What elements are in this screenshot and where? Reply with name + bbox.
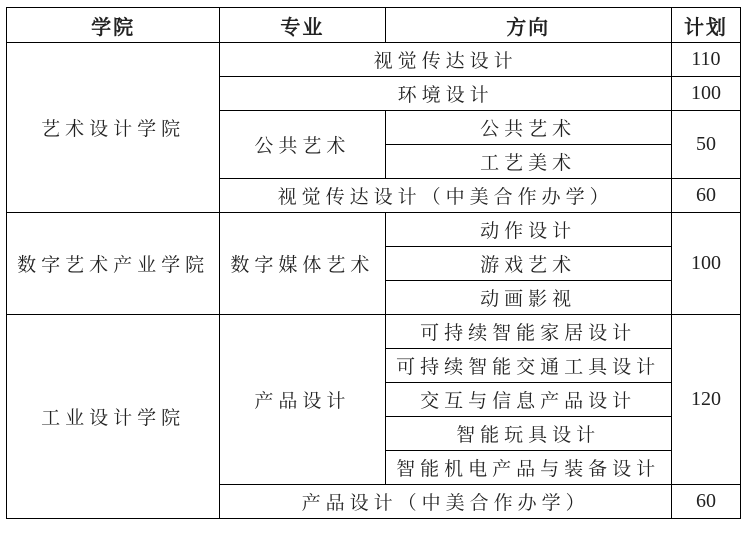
plan-cell: 120	[671, 315, 740, 485]
direction-cell: 动画影视	[385, 281, 671, 315]
header-college: 学院	[7, 8, 220, 43]
college-cell: 工业设计学院	[7, 315, 220, 519]
header-major: 专业	[220, 8, 385, 43]
enrollment-plan-table: 学院 专业 方向 计划 艺术设计学院 视觉传达设计 110 环境设计 100 公…	[6, 7, 741, 519]
direction-cell: 工艺美术	[385, 145, 671, 179]
table-row: 工业设计学院 产品设计 可持续智能家居设计 120	[7, 315, 741, 349]
major-cell: 产品设计	[220, 315, 385, 485]
direction-cell: 可持续智能家居设计	[385, 315, 671, 349]
plan-cell: 50	[671, 111, 740, 179]
direction-cell: 智能玩具设计	[385, 417, 671, 451]
plan-cell: 110	[671, 43, 740, 77]
plan-cell: 100	[671, 77, 740, 111]
header-row: 学院 专业 方向 计划	[7, 8, 741, 43]
direction-cell: 交互与信息产品设计	[385, 383, 671, 417]
plan-cell: 60	[671, 179, 740, 213]
header-plan: 计划	[671, 8, 740, 43]
major-cell: 产品设计（中美合作办学）	[220, 485, 672, 519]
direction-cell: 可持续智能交通工具设计	[385, 349, 671, 383]
college-cell: 数字艺术产业学院	[7, 213, 220, 315]
major-cell: 视觉传达设计（中美合作办学）	[220, 179, 672, 213]
direction-cell: 动作设计	[385, 213, 671, 247]
college-cell: 艺术设计学院	[7, 43, 220, 213]
direction-cell: 智能机电产品与装备设计	[385, 451, 671, 485]
header-direction: 方向	[385, 8, 671, 43]
table-row: 数字艺术产业学院 数字媒体艺术 动作设计 100	[7, 213, 741, 247]
table-row: 艺术设计学院 视觉传达设计 110	[7, 43, 741, 77]
major-cell: 环境设计	[220, 77, 672, 111]
major-cell: 数字媒体艺术	[220, 213, 385, 315]
direction-cell: 游戏艺术	[385, 247, 671, 281]
direction-cell: 公共艺术	[385, 111, 671, 145]
major-cell: 视觉传达设计	[220, 43, 672, 77]
plan-cell: 60	[671, 485, 740, 519]
plan-cell: 100	[671, 213, 740, 315]
major-cell: 公共艺术	[220, 111, 385, 179]
